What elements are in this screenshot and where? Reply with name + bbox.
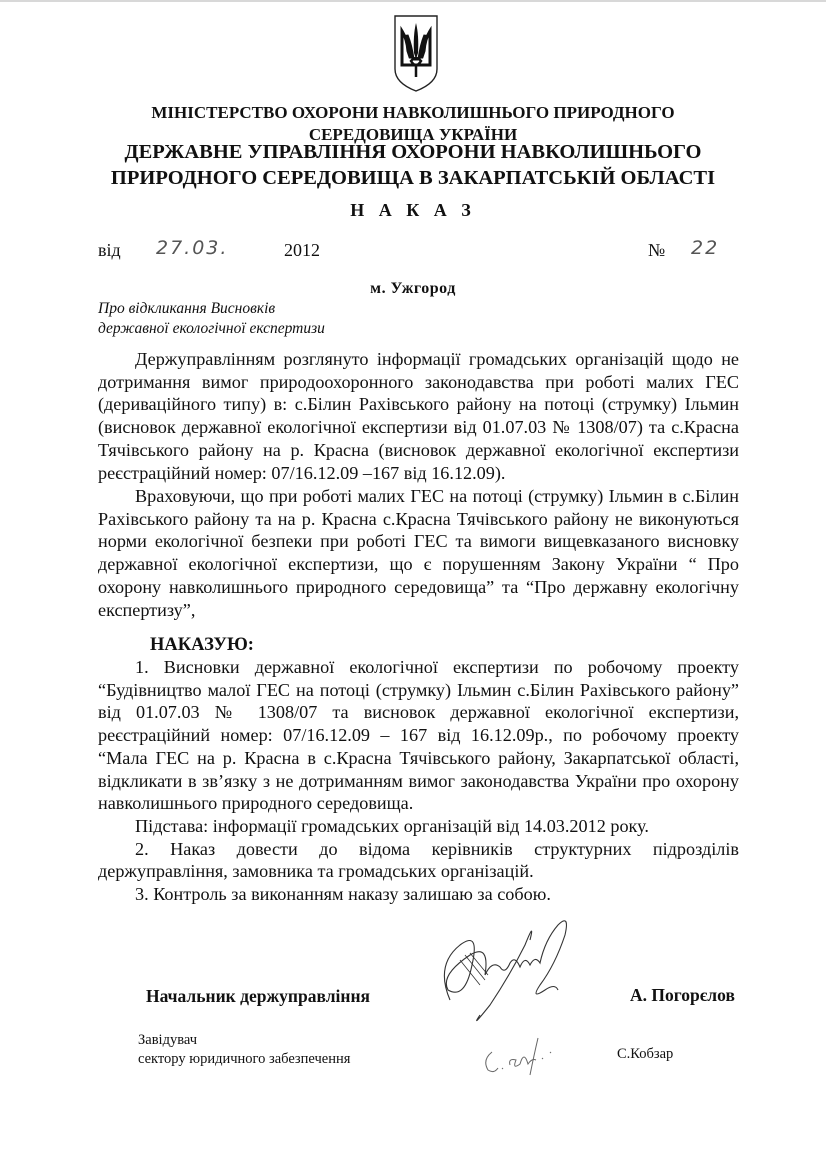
date-label: від — [98, 240, 121, 261]
department-name: ДЕРЖАВНЕ УПРАВЛІННЯ ОХОРОНИ НАВКОЛИШНЬОГ… — [0, 139, 826, 191]
order-item-3: 3. Контроль за виконанням наказу залишаю… — [98, 883, 739, 906]
sub-signer-name: С.Кобзар — [617, 1046, 673, 1063]
head-name: А. Погорєлов — [630, 985, 735, 1006]
body-paragraph-1: Держуправлінням розглянуто інформації гр… — [98, 348, 739, 484]
date-number-row: від 27.03. 2012 № 22 — [98, 235, 738, 265]
order-item-1: 1. Висновки державної екологічної експер… — [98, 656, 739, 815]
order-item-2: 2. Наказ довести до відома керівників ст… — [98, 838, 739, 883]
order-basis: Підстава: інформації громадських організ… — [98, 815, 739, 838]
date-year: 2012 — [284, 240, 320, 261]
city: м. Ужгород — [0, 280, 826, 298]
document-type-title: Н А К А З — [0, 200, 826, 221]
orders-heading: НАКАЗУЮ: — [150, 635, 254, 656]
department-line-1: ДЕРЖАВНЕ УПРАВЛІННЯ ОХОРОНИ НАВКОЛИШНЬОГ… — [0, 139, 826, 165]
subject-line-1: Про відкликання Висновків — [98, 299, 325, 319]
trident-coat-of-arms-icon — [392, 13, 440, 93]
subject: Про відкликання Висновків державної екол… — [98, 299, 325, 339]
scan-top-edge — [0, 0, 826, 2]
sub-title-line-2: сектору юридичного забезпечення — [138, 1050, 350, 1069]
number-label: № — [648, 240, 665, 261]
body-paragraph-2: Враховуючи, що при роботі малих ГЕС на п… — [98, 485, 739, 621]
orders-list: 1. Висновки державної екологічної експер… — [98, 656, 739, 906]
handwritten-date: 27.03. — [156, 237, 228, 259]
handwritten-number: 22 — [691, 237, 719, 259]
sub-signer-title: Завідувач сектору юридичного забезпеченн… — [138, 1031, 350, 1069]
paragraph-text: Враховуючи, що при роботі малих ГЕС на п… — [98, 485, 739, 621]
paragraph-text: Держуправлінням розглянуто інформації гр… — [98, 348, 739, 484]
ministry-line-1: МІНІСТЕРСТВО ОХОРОНИ НАВКОЛИШНЬОГО ПРИРО… — [0, 102, 826, 124]
sub-title-line-1: Завідувач — [138, 1031, 350, 1050]
department-line-2: ПРИРОДНОГО СЕРЕДОВИЩА В ЗАКАРПАТСЬКІЙ ОБ… — [0, 165, 826, 191]
head-signature — [430, 905, 590, 1035]
visa-signature — [480, 1030, 570, 1080]
subject-line-2: державної екологічної експертизи — [98, 319, 325, 339]
head-title: Начальник держуправління — [146, 986, 370, 1007]
